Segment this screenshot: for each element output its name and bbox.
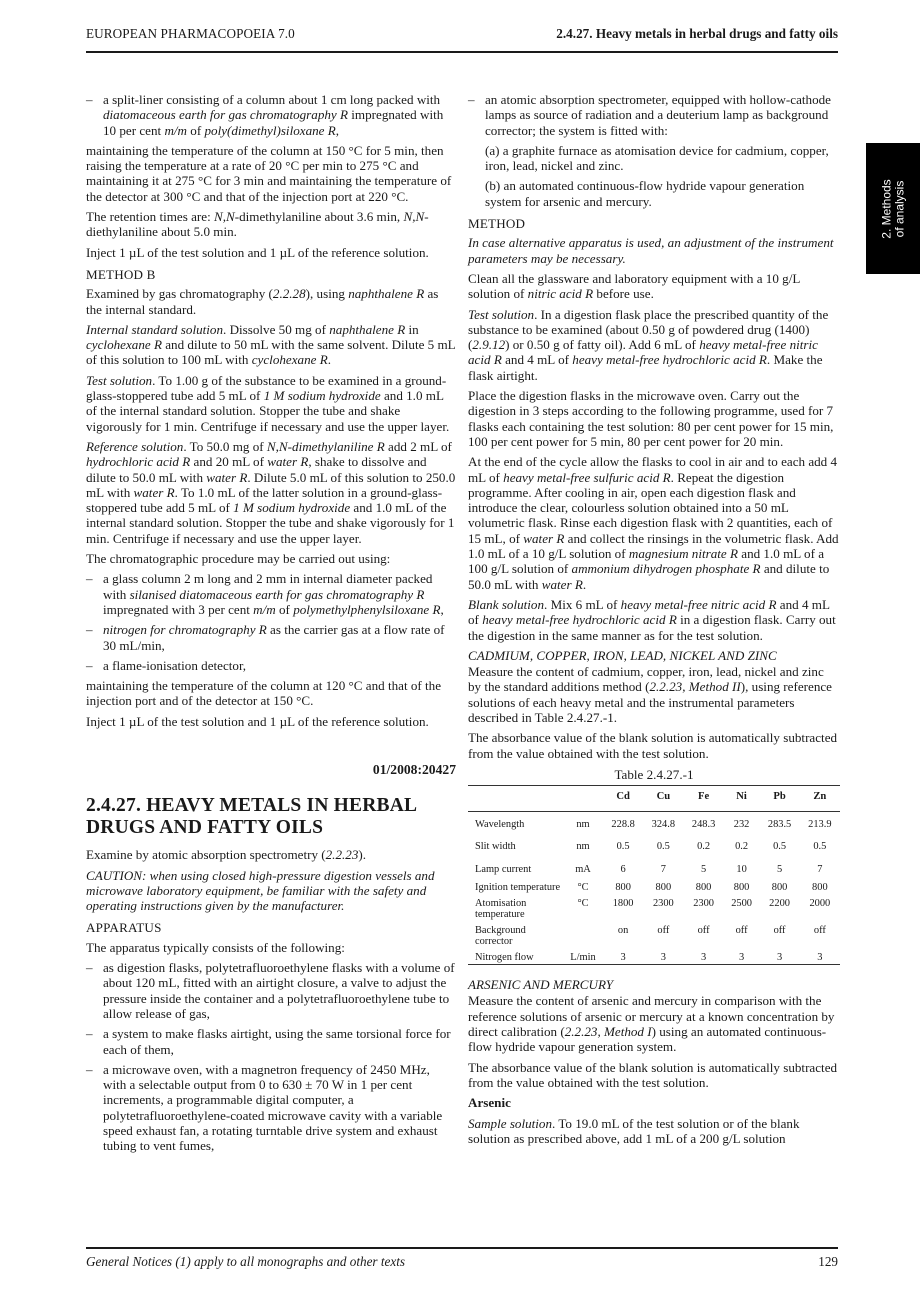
table-row: Background corrector onoffoffoffoffoff xyxy=(468,922,840,949)
column-header: Cd xyxy=(603,786,643,812)
cleaning-instruction: Clean all the glassware and laboratory e… xyxy=(468,271,840,302)
list-item-glass-column: a glass column 2 m long and 2 mm in inte… xyxy=(86,571,456,617)
apparatus-intro: The apparatus typically consists of the … xyxy=(86,940,456,955)
general-notices: General Notices (1) apply to all monogra… xyxy=(86,1254,405,1270)
retention-times: The retention times are: N,N-dimethylani… xyxy=(86,209,456,240)
internal-standard-solution: Internal standard solution. Dissolve 50 … xyxy=(86,322,456,368)
chapter-title: 2.4.27. Heavy metals in herbal drugs and… xyxy=(556,26,838,42)
publication-title: EUROPEAN PHARMACOPOEIA 7.0 xyxy=(86,26,295,42)
list-item-nitrogen: nitrogen for chromatography R as the car… xyxy=(86,622,456,653)
arsenic-mercury-paragraph: Measure the content of arsenic and mercu… xyxy=(468,993,840,1054)
procedure-intro: The chromatographic procedure may be car… xyxy=(86,551,456,566)
column-header: Fe xyxy=(683,786,723,812)
column-header: Pb xyxy=(759,786,799,812)
instrument-parameters-table: Cd Cu Fe Ni Pb Zn Wavelengthnm 228.8324.… xyxy=(468,785,840,965)
method-b-examined: Examined by gas chromatography (2.2.28),… xyxy=(86,286,456,317)
blank-solution: Blank solution. Mix 6 mL of heavy metal-… xyxy=(468,597,840,643)
header-rule xyxy=(86,51,838,53)
right-column: an atomic absorption spectrometer, equip… xyxy=(468,92,840,1151)
cd-cu-fe-pb-ni-zn-heading: CADMIUM, COPPER, IRON, LEAD, NICKEL AND … xyxy=(468,648,840,663)
sample-solution: Sample solution. To 19.0 mL of the test … xyxy=(468,1116,840,1147)
list-item-aas-spectrometer: an atomic absorption spectrometer, equip… xyxy=(468,92,840,138)
page-number: 129 xyxy=(818,1254,838,1270)
column-header: Zn xyxy=(800,786,840,812)
aas-option-b: (b) an automated continuous-flow hydride… xyxy=(468,178,840,209)
blank-subtraction-note: The absorbance value of the blank soluti… xyxy=(468,730,840,761)
section-title: 2.4.27. HEAVY METALS IN HERBAL DRUGS AND… xyxy=(86,795,456,839)
method-b-heading: METHOD B xyxy=(86,267,456,282)
test-solution: Test solution. In a digestion flask plac… xyxy=(468,307,840,383)
table-row: Slit widthnm 0.50.50.20.20.50.5 xyxy=(468,834,840,857)
arsenic-heading: Arsenic xyxy=(468,1095,840,1110)
table-header-row: Cd Cu Fe Ni Pb Zn xyxy=(468,786,840,812)
table-row: Atomisation temperature°C 18002300230025… xyxy=(468,895,840,922)
cycle-paragraph: At the end of the cycle allow the flasks… xyxy=(468,454,840,592)
column-header: Cu xyxy=(643,786,683,812)
left-column: a split-liner consisting of a column abo… xyxy=(86,92,456,1159)
examine-instruction: Examine by atomic absorption spectrometr… xyxy=(86,847,456,862)
list-item-digestion-flasks: as digestion flasks, polytetrafluoroethy… xyxy=(86,960,456,1021)
table-caption: Table 2.4.27.-1 xyxy=(468,767,840,782)
injection-instruction: Inject 1 µL of the test solution and 1 µ… xyxy=(86,245,456,260)
table-row: Wavelengthnm 228.8324.8248.3232283.5213.… xyxy=(468,811,840,834)
method-b-temperature: maintaining the temperature of the colum… xyxy=(86,678,456,709)
table-row: Lamp currentmA 6751057 xyxy=(468,857,840,880)
section-thumb-tab: 2. Methods of analysis xyxy=(866,143,920,274)
method-b-injection: Inject 1 µL of the test solution and 1 µ… xyxy=(86,714,456,729)
thumb-line-2: of analysis xyxy=(893,179,906,238)
apparatus-heading: APPARATUS xyxy=(86,920,456,935)
microwave-programme: Place the digestion flasks in the microw… xyxy=(468,388,840,449)
aas-option-a: (a) a graphite furnace as atomisation de… xyxy=(468,143,840,174)
cd-measurement-paragraph: Measure the content of cadmium, copper, … xyxy=(468,664,840,725)
reference-solution-method-b: Reference solution. To 50.0 mg of N,N-di… xyxy=(86,439,456,546)
table-row: Nitrogen flowL/min 333333 xyxy=(468,949,840,965)
list-item-detector: a flame-ionisation detector, xyxy=(86,658,456,673)
list-item-microwave-oven: a microwave oven, with a magnetron frequ… xyxy=(86,1062,456,1154)
arsenic-mercury-heading: ARSENIC AND MERCURY xyxy=(468,977,840,992)
test-solution-method-b: Test solution. To 1.00 g of the substanc… xyxy=(86,373,456,434)
method-heading: METHOD xyxy=(468,216,840,231)
temperature-paragraph: maintaining the temperature of the colum… xyxy=(86,143,456,204)
table-row: Ignition temperature°C 80080080080080080… xyxy=(468,879,840,895)
method-note: In case alternative apparatus is used, a… xyxy=(468,235,840,266)
thumb-line-1: 2. Methods xyxy=(881,179,894,238)
document-id: 01/2008:20427 xyxy=(86,762,456,777)
running-header: EUROPEAN PHARMACOPOEIA 7.0 2.4.27. Heavy… xyxy=(86,26,838,46)
blank-subtraction-note-2: The absorbance value of the blank soluti… xyxy=(468,1060,840,1091)
list-item-airtight-system: a system to make flasks airtight, using … xyxy=(86,1026,456,1057)
column-header: Ni xyxy=(724,786,760,812)
list-item-split-liner: a split-liner consisting of a column abo… xyxy=(86,92,456,138)
footer-rule xyxy=(86,1247,838,1249)
caution-note: CAUTION: when using closed high-pressure… xyxy=(86,868,456,914)
section-thumb-label: 2. Methods of analysis xyxy=(881,179,906,238)
